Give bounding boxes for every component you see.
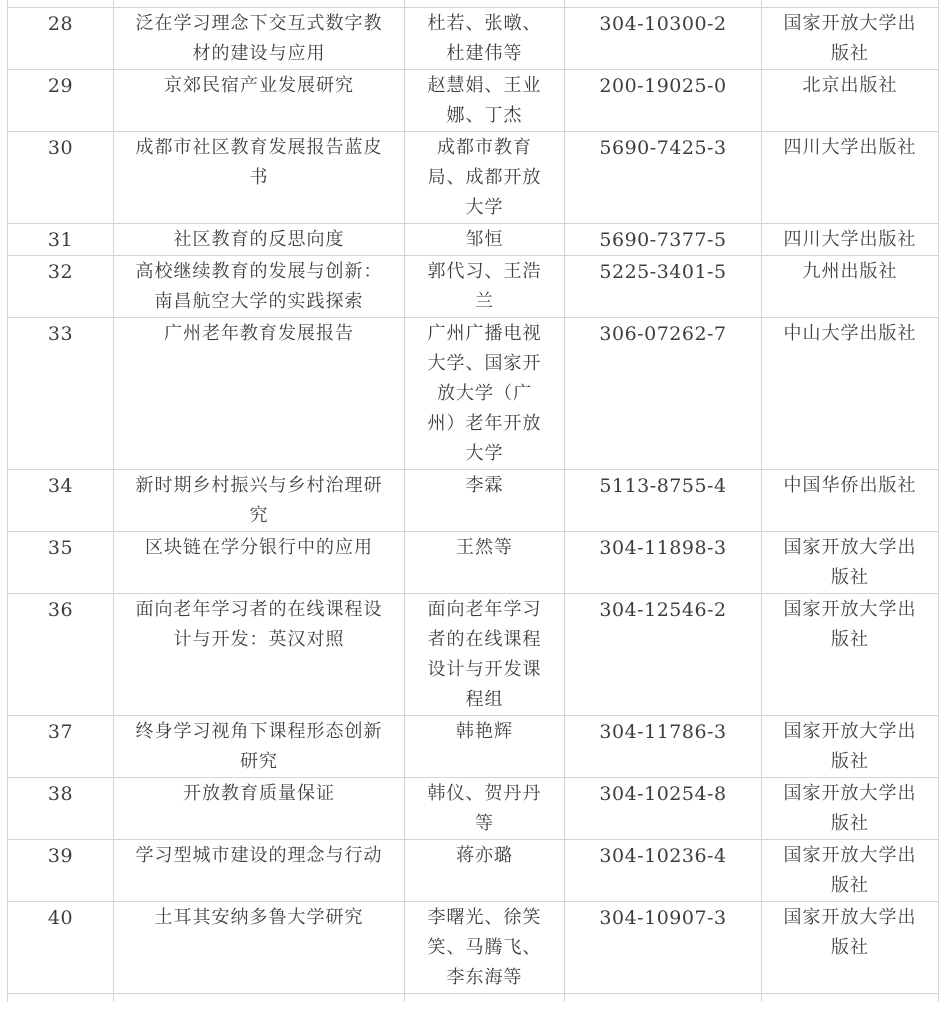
book-title-cell: 高校继续教育的发展与创新： 南昌航空大学的实践探索: [114, 256, 405, 318]
book-publisher-cell: 国家开放大学出 版社: [762, 594, 939, 716]
book-isbn-cell: 304-10300-2: [565, 8, 762, 70]
partial-cell: [8, 994, 114, 1003]
book-list-table: 28 泛在学习理念下交互式数字教 材的建设与应用 杜若、张暾、 杜建伟等 304…: [7, 0, 939, 1002]
book-isbn-cell: 5113-8755-4: [565, 470, 762, 532]
partial-cell: [8, 0, 114, 8]
book-authors-cell: 韩仪、贺丹丹 等: [405, 778, 565, 840]
row-number-cell: 31: [8, 224, 114, 256]
book-authors-cell: 郭代习、王浩 兰: [405, 256, 565, 318]
partial-cell: [405, 0, 565, 8]
book-title-cell: 广州老年教育发展报告: [114, 318, 405, 470]
book-publisher-cell: 国家开放大学出 版社: [762, 840, 939, 902]
book-authors-cell: 李曙光、徐笑 笑、马腾飞、 李东海等: [405, 902, 565, 994]
book-publisher-cell: 北京出版社: [762, 70, 939, 132]
table-row: 36 面向老年学习者的在线课程设 计与开发：英汉对照 面向老年学习 者的在线课程…: [8, 594, 939, 716]
book-publisher-cell: 四川大学出版社: [762, 132, 939, 224]
partial-cell: [565, 0, 762, 8]
row-number-cell: 33: [8, 318, 114, 470]
partial-cell: [762, 0, 939, 8]
row-number-cell: 32: [8, 256, 114, 318]
row-number-cell: 39: [8, 840, 114, 902]
row-number-cell: 35: [8, 532, 114, 594]
book-title-cell: 学习型城市建设的理念与行动: [114, 840, 405, 902]
table-row: 40 土耳其安纳多鲁大学研究 李曙光、徐笑 笑、马腾飞、 李东海等 304-10…: [8, 902, 939, 994]
book-publisher-cell: 中山大学出版社: [762, 318, 939, 470]
book-title-cell: 面向老年学习者的在线课程设 计与开发：英汉对照: [114, 594, 405, 716]
book-authors-cell: 赵慧娟、王业 娜、丁杰: [405, 70, 565, 132]
book-title-cell: 土耳其安纳多鲁大学研究: [114, 902, 405, 994]
partial-row-bottom: [8, 994, 939, 1003]
book-authors-cell: 王然等: [405, 532, 565, 594]
row-number-cell: 38: [8, 778, 114, 840]
row-number-cell: 36: [8, 594, 114, 716]
book-isbn-cell: 304-10236-4: [565, 840, 762, 902]
table-row: 35 区块链在学分银行中的应用 王然等 304-11898-3 国家开放大学出 …: [8, 532, 939, 594]
partial-row-top: [8, 0, 939, 8]
book-publisher-cell: 四川大学出版社: [762, 224, 939, 256]
book-authors-cell: 杜若、张暾、 杜建伟等: [405, 8, 565, 70]
partial-cell: [114, 0, 405, 8]
book-isbn-cell: 306-07262-7: [565, 318, 762, 470]
book-title-cell: 新时期乡村振兴与乡村治理研 究: [114, 470, 405, 532]
book-isbn-cell: 200-19025-0: [565, 70, 762, 132]
book-title-cell: 京郊民宿产业发展研究: [114, 70, 405, 132]
book-isbn-cell: 304-11786-3: [565, 716, 762, 778]
book-publisher-cell: 国家开放大学出 版社: [762, 8, 939, 70]
book-authors-cell: 韩艳辉: [405, 716, 565, 778]
table-row: 30 成都市社区教育发展报告蓝皮 书 成都市教育 局、成都开放 大学 5690-…: [8, 132, 939, 224]
book-publisher-cell: 国家开放大学出 版社: [762, 778, 939, 840]
book-title-cell: 成都市社区教育发展报告蓝皮 书: [114, 132, 405, 224]
book-publisher-cell: 九州出版社: [762, 256, 939, 318]
book-authors-cell: 蒋亦璐: [405, 840, 565, 902]
table-row: 31 社区教育的反思向度 邹恒 5690-7377-5 四川大学出版社: [8, 224, 939, 256]
book-title-cell: 开放教育质量保证: [114, 778, 405, 840]
table-row: 33 广州老年教育发展报告 广州广播电视 大学、国家开 放大学（广 州）老年开放…: [8, 318, 939, 470]
book-publisher-cell: 国家开放大学出 版社: [762, 532, 939, 594]
row-number-cell: 34: [8, 470, 114, 532]
book-authors-cell: 成都市教育 局、成都开放 大学: [405, 132, 565, 224]
book-title-cell: 终身学习视角下课程形态创新 研究: [114, 716, 405, 778]
partial-cell: [762, 994, 939, 1003]
book-authors-cell: 广州广播电视 大学、国家开 放大学（广 州）老年开放 大学: [405, 318, 565, 470]
partial-cell: [405, 994, 565, 1003]
book-isbn-cell: 5690-7377-5: [565, 224, 762, 256]
table-row: 37 终身学习视角下课程形态创新 研究 韩艳辉 304-11786-3 国家开放…: [8, 716, 939, 778]
book-isbn-cell: 304-10254-8: [565, 778, 762, 840]
table-row: 32 高校继续教育的发展与创新： 南昌航空大学的实践探索 郭代习、王浩 兰 52…: [8, 256, 939, 318]
row-number-cell: 30: [8, 132, 114, 224]
book-isbn-cell: 304-10907-3: [565, 902, 762, 994]
partial-cell: [565, 994, 762, 1003]
book-title-cell: 社区教育的反思向度: [114, 224, 405, 256]
row-number-cell: 28: [8, 8, 114, 70]
book-authors-cell: 李霖: [405, 470, 565, 532]
table-row: 39 学习型城市建设的理念与行动 蒋亦璐 304-10236-4 国家开放大学出…: [8, 840, 939, 902]
book-publisher-cell: 国家开放大学出 版社: [762, 902, 939, 994]
book-publisher-cell: 国家开放大学出 版社: [762, 716, 939, 778]
book-table-body: 28 泛在学习理念下交互式数字教 材的建设与应用 杜若、张暾、 杜建伟等 304…: [8, 0, 939, 1002]
book-isbn-cell: 304-11898-3: [565, 532, 762, 594]
row-number-cell: 40: [8, 902, 114, 994]
book-publisher-cell: 中国华侨出版社: [762, 470, 939, 532]
table-row: 28 泛在学习理念下交互式数字教 材的建设与应用 杜若、张暾、 杜建伟等 304…: [8, 8, 939, 70]
book-authors-cell: 邹恒: [405, 224, 565, 256]
table-row: 34 新时期乡村振兴与乡村治理研 究 李霖 5113-8755-4 中国华侨出版…: [8, 470, 939, 532]
partial-cell: [114, 994, 405, 1003]
book-isbn-cell: 5225-3401-5: [565, 256, 762, 318]
table-row: 29 京郊民宿产业发展研究 赵慧娟、王业 娜、丁杰 200-19025-0 北京…: [8, 70, 939, 132]
book-isbn-cell: 304-12546-2: [565, 594, 762, 716]
book-title-cell: 泛在学习理念下交互式数字教 材的建设与应用: [114, 8, 405, 70]
table-row: 38 开放教育质量保证 韩仪、贺丹丹 等 304-10254-8 国家开放大学出…: [8, 778, 939, 840]
book-isbn-cell: 5690-7425-3: [565, 132, 762, 224]
row-number-cell: 37: [8, 716, 114, 778]
book-authors-cell: 面向老年学习 者的在线课程 设计与开发课 程组: [405, 594, 565, 716]
row-number-cell: 29: [8, 70, 114, 132]
book-title-cell: 区块链在学分银行中的应用: [114, 532, 405, 594]
